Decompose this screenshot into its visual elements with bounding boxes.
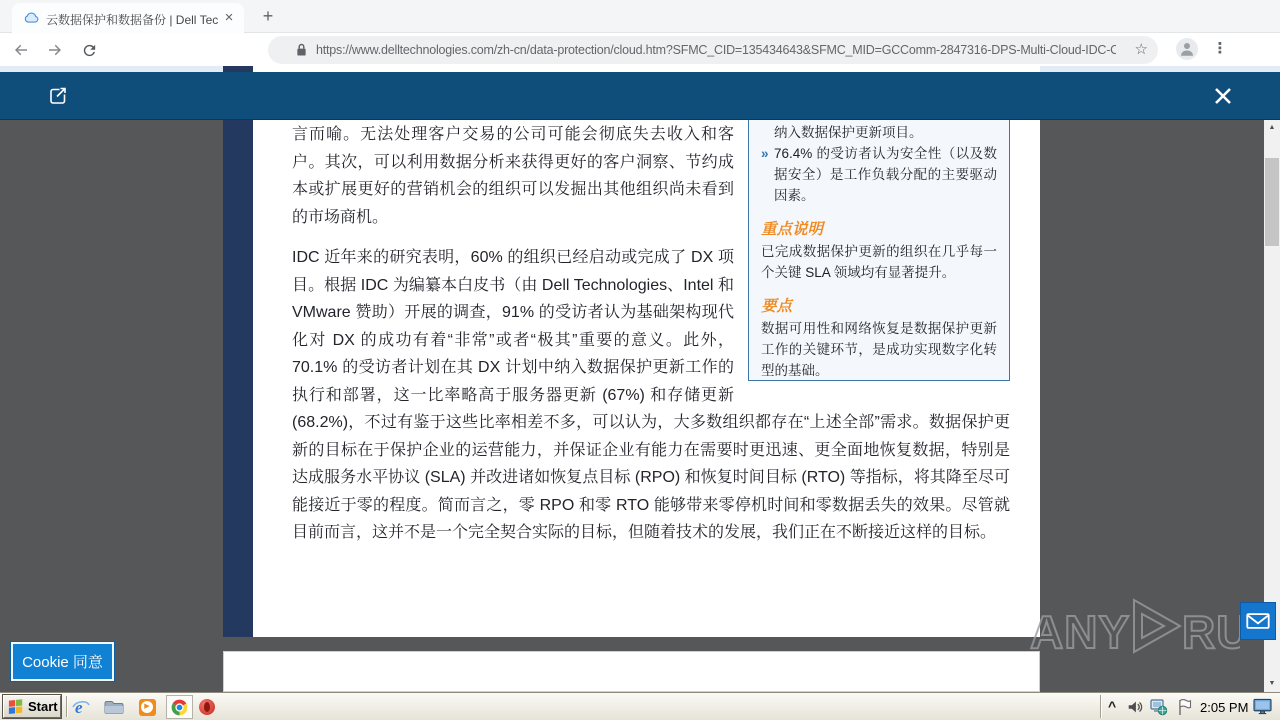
tray-hidden-icons-chevron[interactable]: ^	[1108, 698, 1116, 714]
page-viewport: » 70.1% 的受访者计划在其 DX 计划中纳入数据保护更新项目。 » 76.…	[0, 66, 1280, 692]
padlock-icon[interactable]	[296, 43, 307, 57]
whitepaper-page-1: » 70.1% 的受访者计划在其 DX 计划中纳入数据保护更新项目。 » 76.…	[223, 66, 1040, 637]
red-o-icon	[199, 699, 215, 715]
monitor-icon	[1253, 698, 1272, 715]
infobox-text: 已完成数据保护更新的组织在几乎每一个关键 SLA 领域均有显著提升。	[761, 241, 997, 283]
play-triangle-icon	[1134, 600, 1180, 652]
taskbar-divider	[66, 696, 68, 717]
envelope-icon	[1245, 610, 1271, 632]
reload-button[interactable]	[76, 37, 102, 63]
infobox-text: 数据可用性和网络恢复是数据保护更新工作的关键环节，是成功实现数字化转型的基础。	[761, 318, 997, 381]
browser-tab-strip: 云数据保护和数据备份 | Dell Techno × +	[0, 0, 1280, 33]
opera-quicklaunch-button[interactable]	[196, 697, 218, 717]
new-tab-button[interactable]: +	[258, 7, 278, 27]
media-player-quicklaunch-button[interactable]: ▶	[136, 697, 158, 717]
network-computer-icon	[1150, 698, 1168, 716]
browser-toolbar: https://www.delltechnologies.com/zh-cn/d…	[0, 33, 1280, 66]
back-arrow-icon	[12, 41, 30, 59]
tab-close-icon[interactable]: ×	[220, 9, 238, 27]
back-button[interactable]	[8, 37, 34, 63]
forward-arrow-icon	[46, 41, 64, 59]
bullet-text: 76.4% 的受访者认为安全性（以及数据安全）是工作负载分配的主要驱动因素。	[774, 146, 997, 203]
close-x-icon	[1212, 85, 1234, 107]
share-export-icon	[46, 84, 70, 108]
bullet-marker: »	[761, 143, 769, 164]
browser-menu-icon[interactable]: ⋮	[1212, 38, 1228, 60]
url-text: https://www.delltechnologies.com/zh-cn/d…	[316, 43, 1116, 57]
infobox-heading: 重点说明	[761, 217, 997, 239]
banner-close-button[interactable]	[1212, 85, 1234, 107]
folder-quicklaunch-button[interactable]	[103, 697, 125, 717]
action-center-tray-button[interactable]	[1176, 698, 1194, 716]
scroll-up-icon[interactable]: ▲	[1264, 120, 1280, 136]
network-tray-button[interactable]	[1150, 698, 1168, 716]
svg-text:e: e	[75, 698, 83, 717]
speaker-icon	[1126, 698, 1144, 716]
viewer-overlay-banner	[0, 72, 1280, 120]
sandbox-screen: 云数据保护和数据备份 | Dell Techno × + https://www…	[0, 0, 1280, 720]
windows-taskbar: Start e ▶	[0, 692, 1280, 720]
infobox-heading: 要点	[761, 294, 997, 316]
display-tray-button[interactable]	[1253, 698, 1271, 716]
flag-icon	[1177, 698, 1193, 716]
chrome-taskbar-button[interactable]	[166, 695, 193, 719]
internet-explorer-icon: e	[71, 697, 91, 717]
windows-logo-icon	[8, 699, 24, 715]
browser-tab[interactable]: 云数据保护和数据备份 | Dell Techno ×	[12, 3, 244, 33]
scroll-down-icon[interactable]: ▼	[1264, 676, 1280, 692]
volume-tray-button[interactable]	[1126, 698, 1144, 716]
ie-quicklaunch-button[interactable]: e	[70, 697, 92, 717]
infobox-bullet: » 76.4% 的受访者认为安全性（以及数据安全）是工作负载分配的主要驱动因素。	[761, 143, 997, 206]
sidebar-infobox: » 70.1% 的受访者计划在其 DX 计划中纳入数据保护更新项目。 » 76.…	[748, 96, 1010, 381]
reload-icon	[81, 42, 98, 59]
start-label: Start	[28, 699, 58, 714]
tab-title: 云数据保护和数据备份 | Dell Techno	[46, 11, 218, 28]
tray-divider	[1100, 695, 1102, 718]
forward-button[interactable]	[42, 37, 68, 63]
page-body: » 70.1% 的受访者计划在其 DX 计划中纳入数据保护更新项目。 » 76.…	[292, 66, 1010, 637]
person-icon	[1178, 40, 1196, 58]
svg-text:RUN: RUN	[1182, 606, 1240, 658]
profile-avatar[interactable]	[1176, 38, 1198, 60]
taskbar-clock[interactable]: 2:05 PM	[1200, 700, 1252, 715]
address-bar[interactable]: https://www.delltechnologies.com/zh-cn/d…	[268, 36, 1158, 64]
orange-player-icon: ▶	[139, 699, 156, 716]
page-margin-bar	[223, 66, 253, 637]
cloud-favicon-icon	[23, 10, 40, 27]
svg-text:ANY: ANY	[1030, 606, 1130, 658]
whitepaper-page-2	[223, 651, 1040, 692]
share-export-button[interactable]	[46, 84, 70, 108]
scrollbar-thumb[interactable]	[1265, 158, 1279, 246]
feedback-envelope-button[interactable]	[1240, 602, 1276, 640]
bookmark-star-icon[interactable]: ☆	[1135, 40, 1148, 58]
chrome-icon	[170, 698, 189, 717]
anyrun-watermark: ANY RUN	[1030, 588, 1240, 660]
cookie-consent-button[interactable]: Cookie 同意	[10, 641, 115, 682]
start-button[interactable]: Start	[3, 695, 61, 718]
folder-icon	[104, 699, 124, 715]
